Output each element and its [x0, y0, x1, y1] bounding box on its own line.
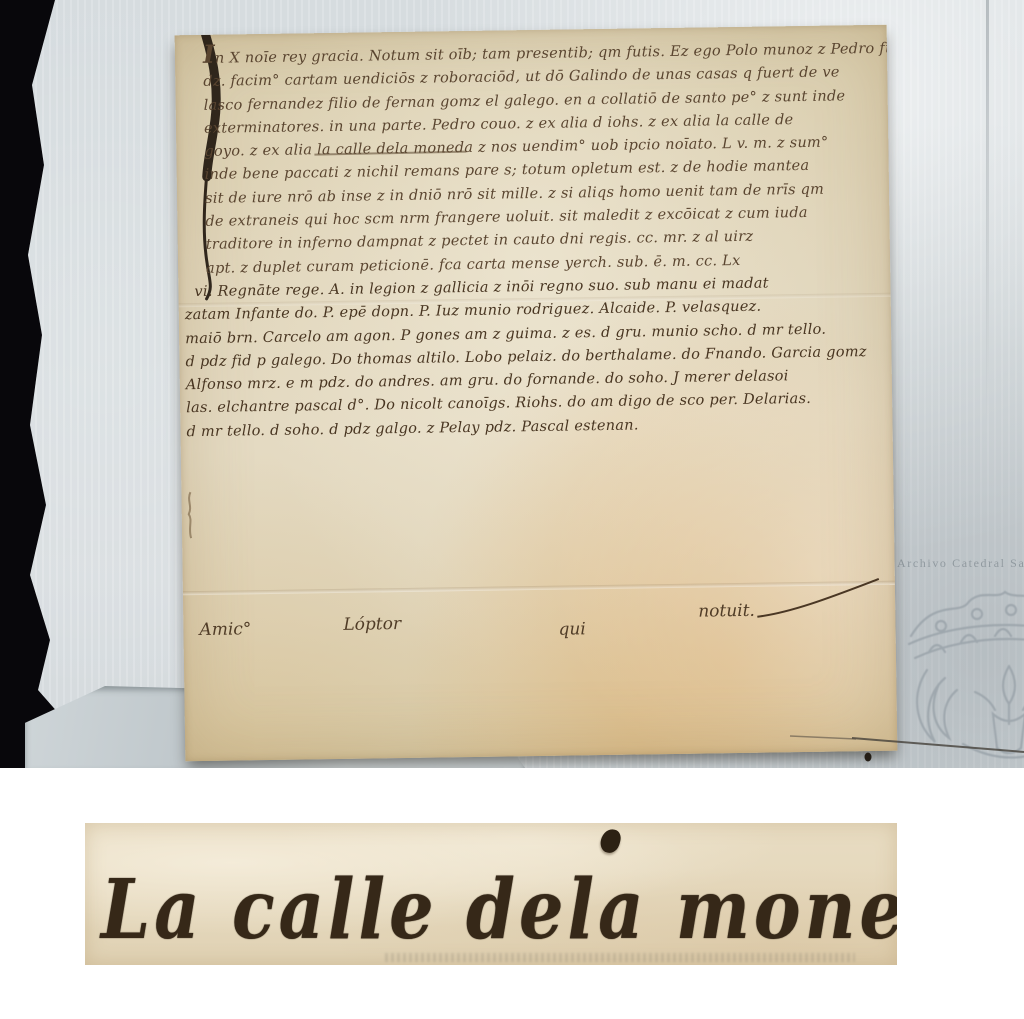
detail-phrase: La calle dela moneda: [101, 868, 897, 951]
detail-crop: La calle dela moneda: [85, 823, 897, 965]
signature-qui: qui: [558, 619, 586, 639]
archive-stamp-text: Archivo Catedral Salam: [897, 556, 1024, 571]
faint-smudge: [385, 953, 855, 962]
signature-amic: Amic°: [199, 619, 251, 640]
tissue-crease: [986, 0, 989, 430]
signature-flourish: [753, 573, 884, 625]
manuscript-text-block: In X noīe rey gracia. Notum sit oīb; tam…: [203, 33, 885, 444]
ink-dot: [598, 827, 622, 855]
signature-lopez: Lóptor: [343, 614, 401, 635]
margin-note-mark: [183, 490, 198, 540]
pin-dot: [865, 753, 872, 762]
archival-photo: Archivo Catedral Salam: [0, 0, 1024, 768]
thread-line: [680, 728, 1024, 764]
screenshot-root: Archivo Catedral Salam: [0, 0, 1024, 1019]
signature-notuit: notuit.: [698, 601, 755, 622]
parchment-charter: In X noīe rey gracia. Notum sit oīb; tam…: [175, 25, 898, 761]
